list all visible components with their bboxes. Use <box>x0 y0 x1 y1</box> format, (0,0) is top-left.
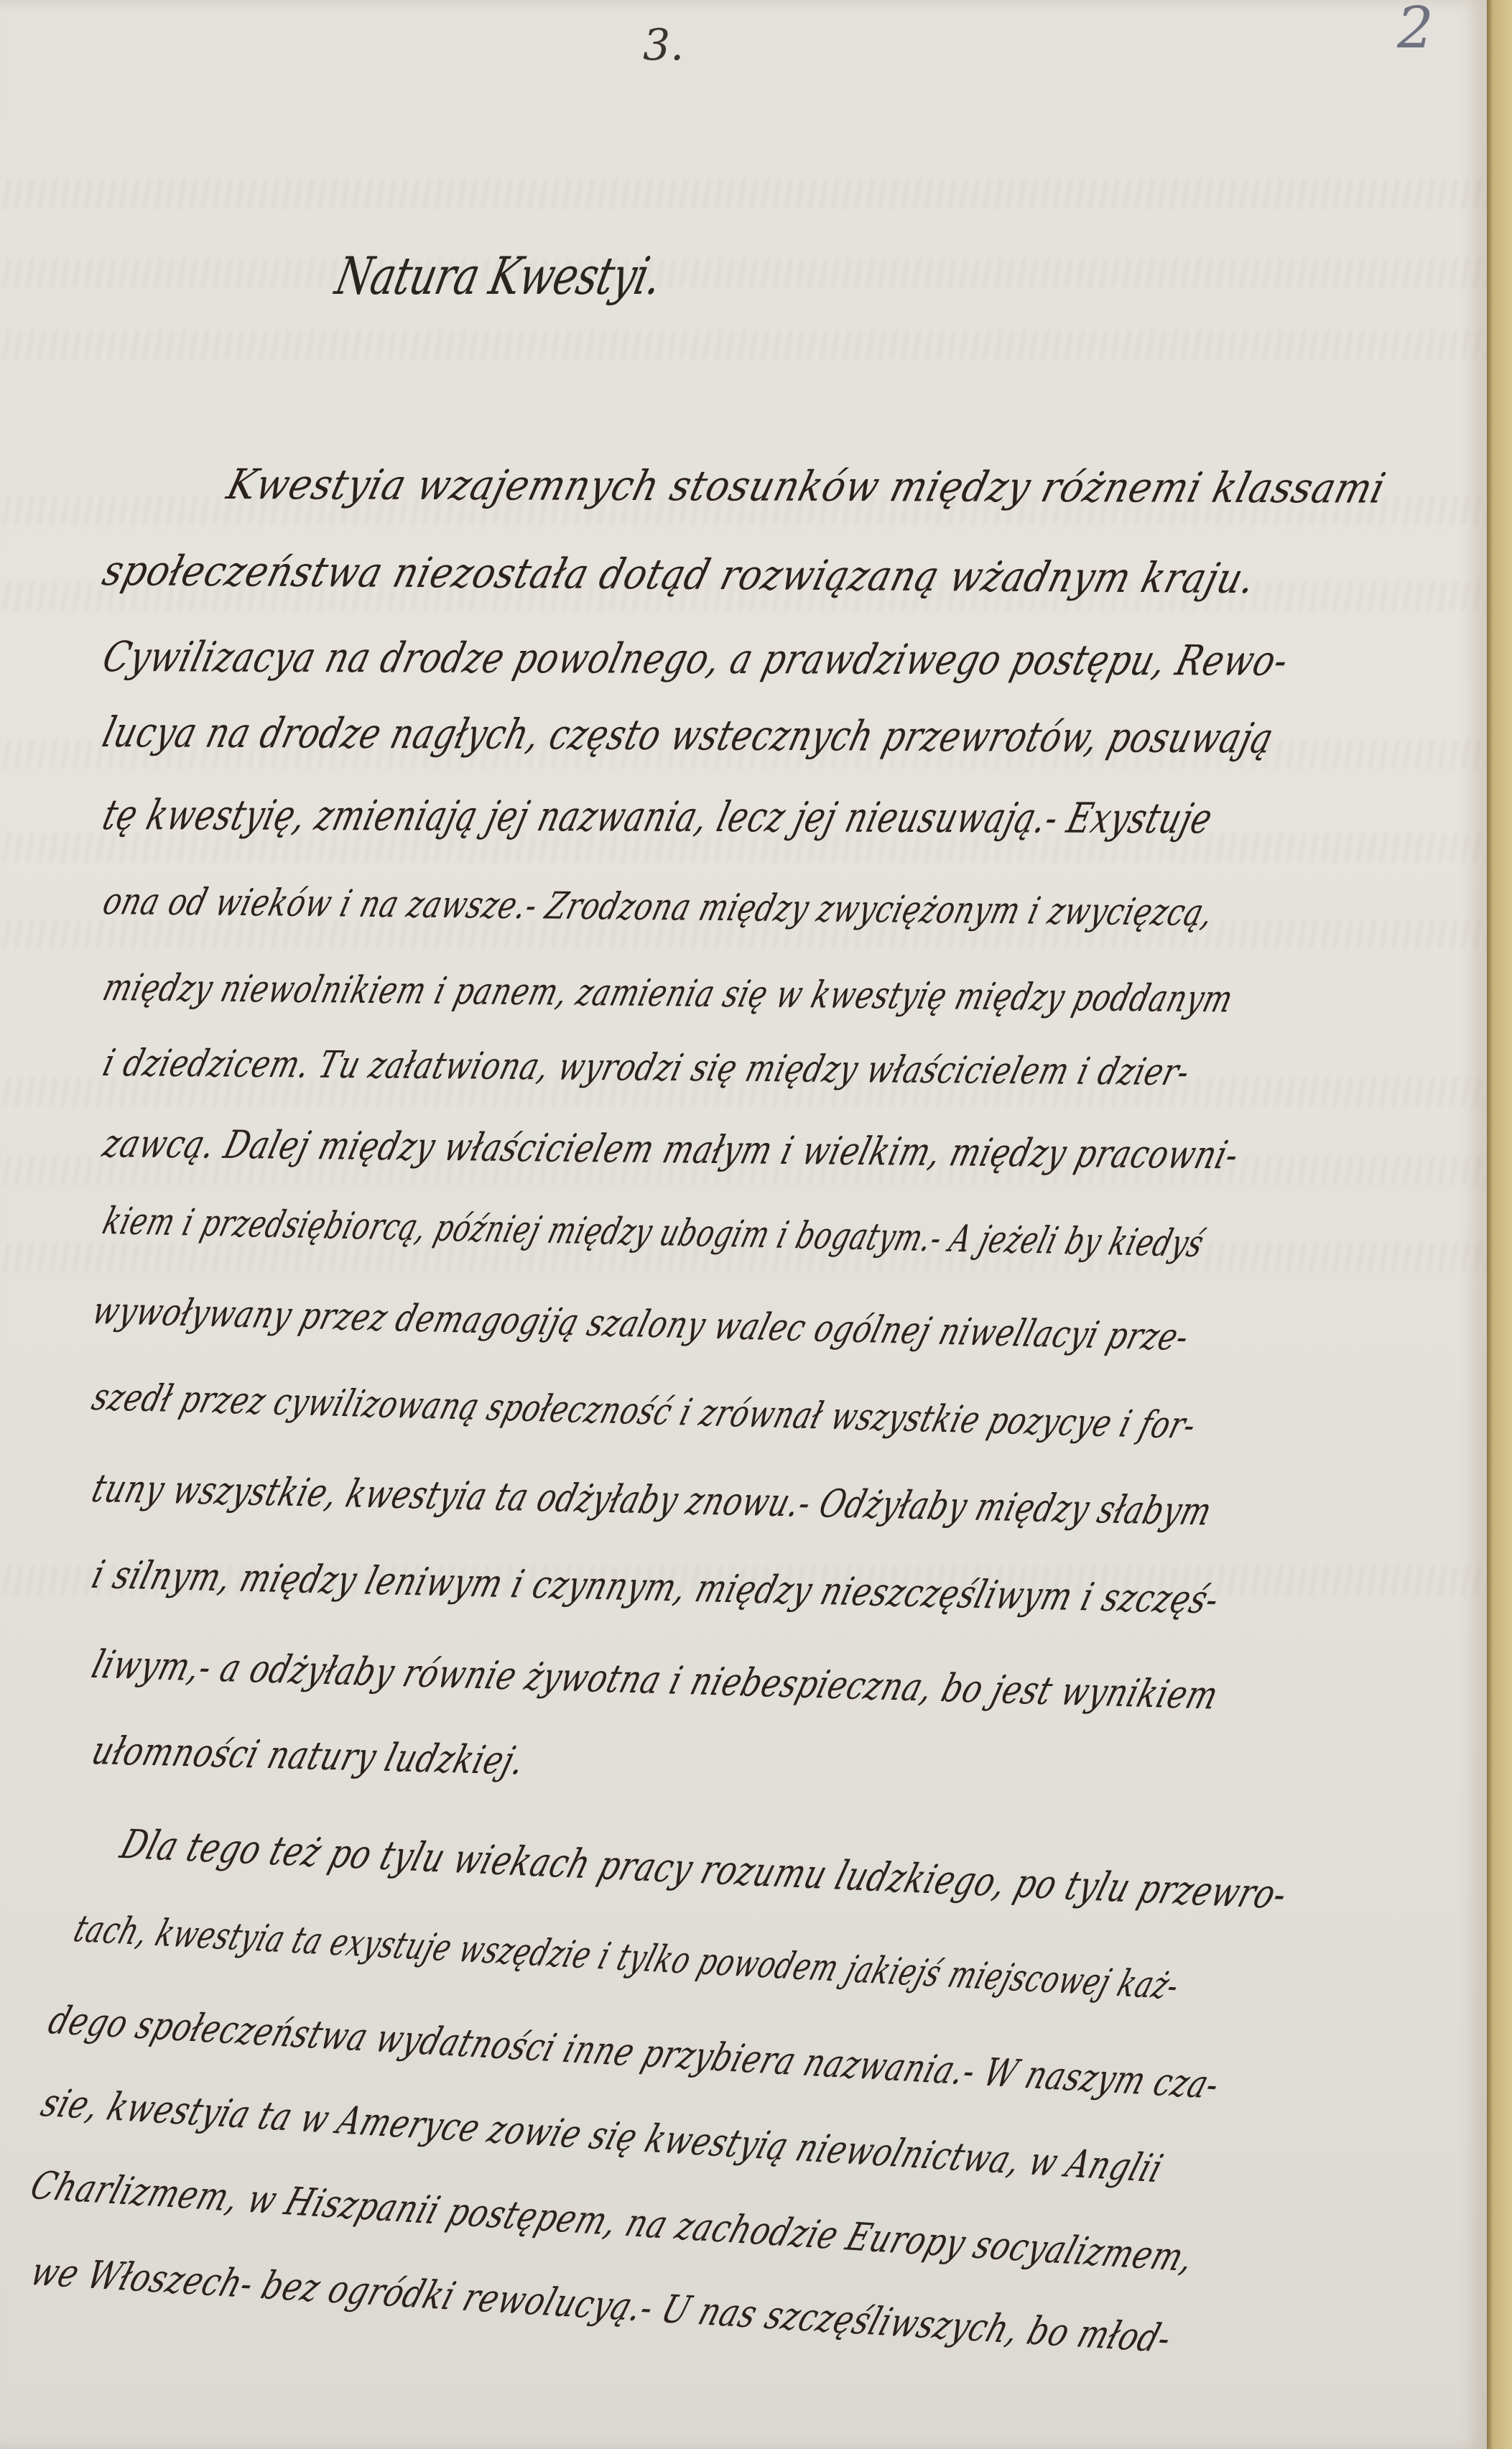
manuscript-line: społeczeństwa niezostała dotąd rozwiązan… <box>98 546 1261 603</box>
manuscript-line: tę kwestyię, zmieniają jej nazwania, lec… <box>98 790 1218 843</box>
manuscript-line: Dla tego też po tylu wiekach pracy rozum… <box>115 1821 1292 1918</box>
binding-edge <box>1487 0 1512 2449</box>
bleed-through-line <box>0 259 1487 287</box>
manuscript-line: lucya na drodze nagłych, często wsteczny… <box>98 708 1279 762</box>
manuscript-line: liwym,- a odżyłaby równie żywotna i nieb… <box>87 1642 1223 1718</box>
page-number-ink: 3. <box>643 20 684 70</box>
page-title: Natura Kwestyi. <box>330 246 667 306</box>
manuscript-line: i silnym, między leniwym i czynnym, międ… <box>87 1552 1224 1622</box>
manuscript-line: Kwestyia wzajemnych stosunków między róż… <box>222 460 1391 513</box>
manuscript-line: Cywilizacya na drodze powolnego, a prawd… <box>98 632 1294 685</box>
bleed-through-line <box>0 330 1487 359</box>
manuscript-line: ułomności natury ludzkiej. <box>87 1728 530 1783</box>
manuscript-page: 3. 2 Natura Kwestyi. Kwestyia wzajemnych… <box>0 0 1487 2449</box>
manuscript-line: tach, kwestyia ta exystuje wszędzie i ty… <box>69 1907 1184 2008</box>
manuscript-line: między niewolnikiem i panem, zamienia si… <box>98 966 1238 1021</box>
manuscript-line: szedł przez cywilizowaną społeczność i z… <box>88 1376 1201 1448</box>
manuscript-line: wywoływany przez demagogiją szalony wale… <box>88 1290 1194 1359</box>
manuscript-line: tuny wszystkie, kwestyia ta odżyłaby zno… <box>87 1466 1217 1534</box>
page-number-pencil: 2 <box>1397 0 1434 61</box>
bleed-through-line <box>0 180 1487 208</box>
